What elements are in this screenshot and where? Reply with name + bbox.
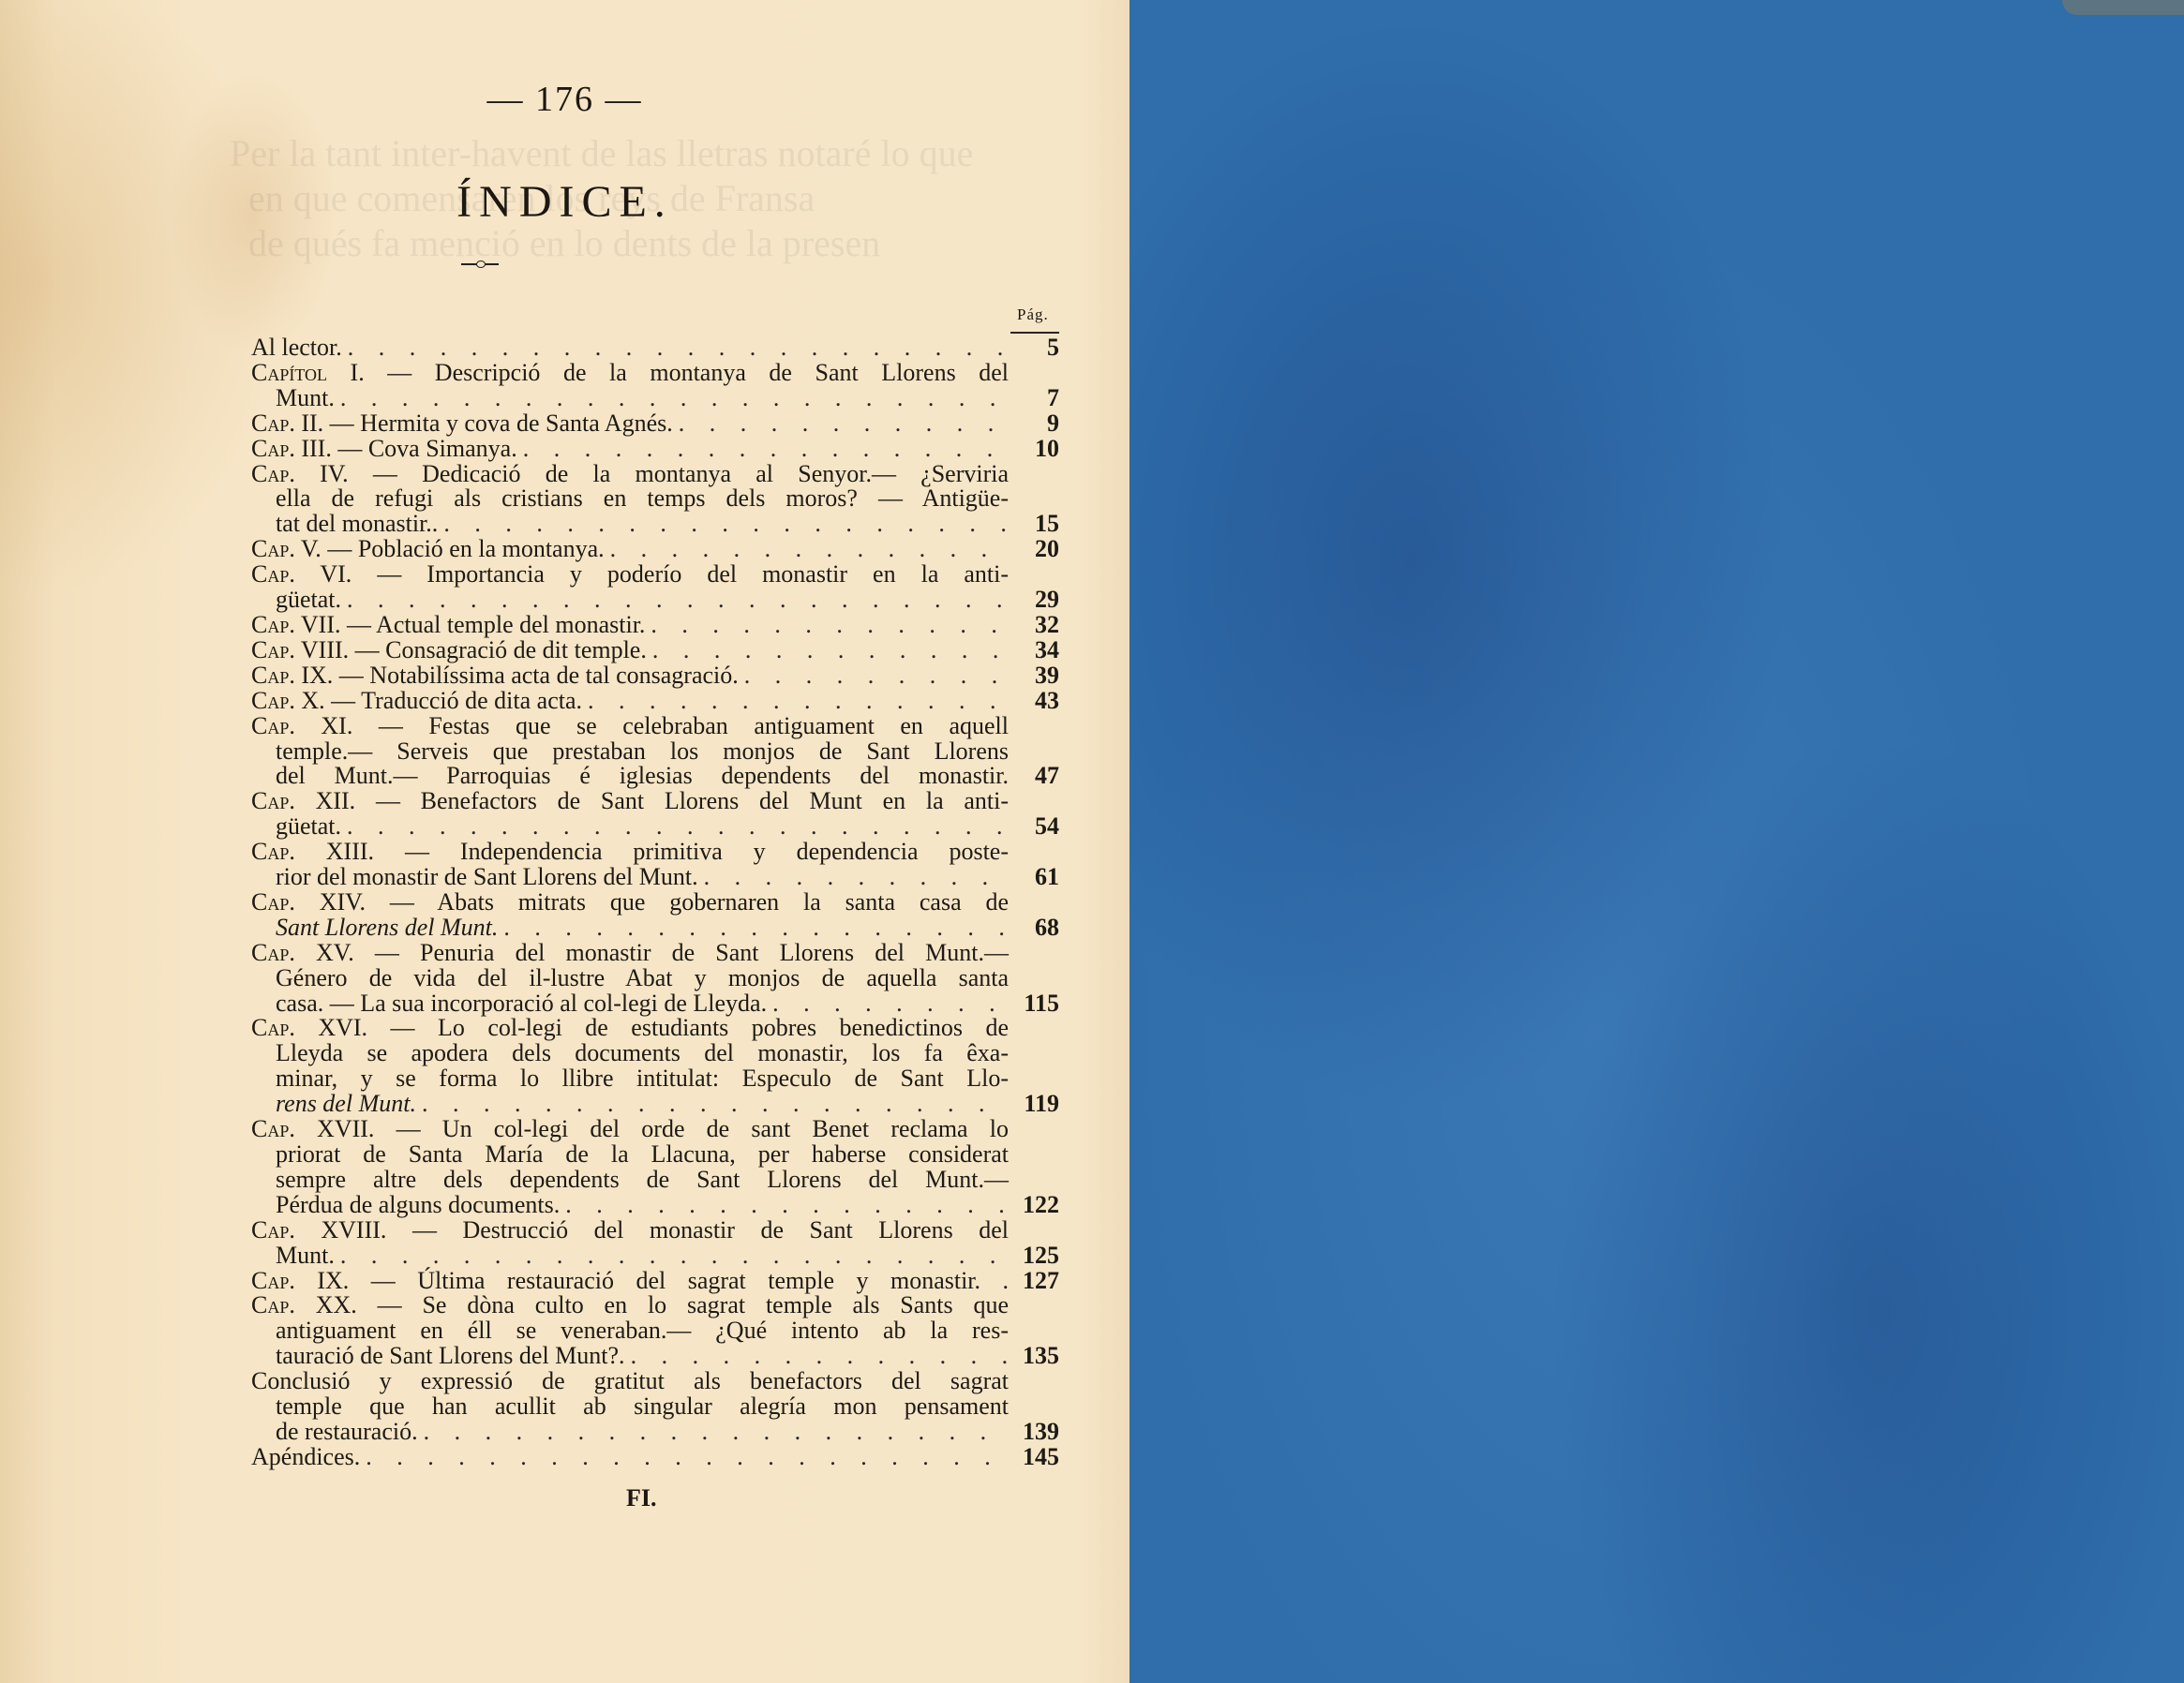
chapter-label: Cap. VI. (251, 560, 352, 588)
toc-entry-chapter-7[interactable]: Cap. VII. — Actual temple del monastir.3… (251, 613, 1059, 638)
book-page-left: Per la tant inter-havent de las lletras … (0, 0, 1131, 1683)
toc-entry-title: — Lo col-legi de estudiants pobres bened… (391, 1014, 1009, 1041)
toc-entry-title-cont: ella de refugi als cristians en temps de… (276, 486, 1059, 512)
toc-entry-chapter-17[interactable]: Cap. XVII. — Un col-legi del orde de san… (251, 1117, 1059, 1218)
toc-page-number: 61 (1009, 865, 1059, 890)
toc-entry-title: — Descripció de la montanya de Sant Llor… (387, 359, 1009, 386)
leader-dots (605, 537, 1009, 562)
toc-page-number: 7 (1009, 386, 1059, 411)
chapter-label: Cap. XVI. (251, 1014, 367, 1041)
leader-dots (647, 638, 1009, 663)
toc-entry-chapter-15[interactable]: Cap. XV. — Penuria del monastir de Sant … (251, 941, 1059, 1017)
chapter-label: Cap. V. (251, 535, 322, 562)
chapter-label: Cap. II. (251, 410, 323, 437)
chapter-label: Cap. XV. (251, 939, 354, 966)
leader-dots (582, 689, 1009, 714)
chapter-label: Capítol I. (251, 359, 365, 386)
chapter-label: Cap. XVII. (251, 1115, 374, 1142)
toc-page-number: 34 (1009, 638, 1059, 663)
toc-entry-chapter-1[interactable]: Capítol I. — Descripció de la montanya d… (251, 361, 1059, 411)
toc-entry-title-cont: del Munt.— Parroquias é iglesias depende… (276, 764, 1009, 789)
toc-entry-title: — Població en la montanya. (327, 535, 604, 562)
toc-entry-title-cont: güetat. (276, 588, 341, 613)
toc-entry-chapter-4[interactable]: Cap. IV. — Dedicació de la montanya al S… (251, 462, 1059, 538)
toc-entry-chapter-19[interactable]: Cap. IX. — Última restauració del sagrat… (251, 1269, 1059, 1294)
toc-entry-conclusio[interactable]: Conclusió y expressió de gratitut als be… (251, 1369, 1059, 1445)
toc-entry-title: — Penuria del monastir de Sant Llorens d… (375, 939, 1009, 966)
toc-page-number: 20 (1009, 537, 1059, 562)
leader-dots (360, 1445, 1009, 1470)
chapter-label: Cap. IX. (251, 662, 333, 689)
toc-entry-title-cont: rior del monastir de Sant Llorens del Mu… (276, 865, 698, 890)
toc-page-number: 54 (1009, 814, 1059, 840)
toc-entry-title: — Se dòna culto en lo sagrat temple als … (378, 1291, 1009, 1318)
toc-entry-chapter-13[interactable]: Cap. XIII. — Independencia primitiva y d… (251, 840, 1059, 890)
toc-page-number: 68 (1009, 916, 1059, 941)
leader-dots (342, 335, 1009, 361)
bleed-through-text: de qués fa menció en lo dents de la pres… (248, 221, 880, 265)
chapter-label: Cap. XIII. (251, 838, 374, 865)
chapter-label: Cap. III. (251, 435, 332, 462)
leader-dots (517, 437, 1009, 462)
toc-entry-title: — Última restauració del sagrat temple y… (371, 1267, 1009, 1294)
toc-page-number: 47 (1009, 764, 1059, 789)
toc-entry-title-cont: de restauració. (276, 1420, 418, 1445)
toc-entry-title-cont: tat del monastir.. (276, 512, 438, 537)
toc-page-number: 10 (1009, 437, 1059, 462)
toc-entry-apendices[interactable]: Apéndices.145 (251, 1445, 1059, 1470)
page-number: — 176 — (0, 79, 1129, 120)
toc-entry-title: — Traducció de dita acta. (331, 687, 582, 714)
toc-entry-title-cont: antiguament en éll se veneraban.— ¿Qué i… (276, 1318, 1059, 1344)
toc-entry-title: Al lector. (251, 335, 342, 361)
toc-entry-title-cont: sempre altre dels dependents de Sant Llo… (276, 1168, 1059, 1193)
toc-entry-title: — Actual temple del monastir. (347, 611, 645, 638)
toc-entry-title-cont: Sant Llorens del Munt. (276, 916, 498, 941)
leader-dots (341, 588, 1009, 613)
toc-entry-title-cont: Lleyda se apodera dels documents del mon… (276, 1041, 1059, 1066)
toc-entry-chapter-9[interactable]: Cap. IX. — Notabilíssima acta de tal con… (251, 663, 1059, 689)
toc-entry-chapter-12[interactable]: Cap. XII. — Benefactors de Sant Llorens … (251, 789, 1059, 840)
toc-page-number: 43 (1009, 689, 1059, 714)
toc-entry-chapter-10[interactable]: Cap. X. — Traducció de dita acta.43 (251, 689, 1059, 714)
toc-entry-chapter-14[interactable]: Cap. XIV. — Abats mitrats que gobernaren… (251, 890, 1059, 941)
page-column-header: Pág. (1017, 305, 1049, 324)
end-mark: FI. (626, 1484, 657, 1512)
toc-entry-al-lector[interactable]: Al lector.5 (251, 335, 1059, 361)
toc-entry-title-cont: casa. — La sua incorporació al col-legi … (276, 991, 767, 1017)
chapter-label: Cap. XII. (251, 787, 355, 814)
toc-entry-title-cont: Género de vida del il-lustre Abat y monj… (276, 966, 1059, 991)
toc-page-number: 127 (1009, 1269, 1059, 1294)
chapter-label: Cap. X. (251, 687, 325, 714)
toc-page-number: 122 (1009, 1193, 1059, 1218)
page-number-text: — 176 — (487, 80, 643, 119)
toc-entry-title: — Independencia primitiva y dependencia … (405, 838, 1009, 865)
toc-page-number: 119 (1009, 1092, 1059, 1117)
toc-entry-title: — Dedicació de la montanya al Senyor.— ¿… (373, 460, 1009, 487)
toc-page-number: 9 (1009, 411, 1059, 437)
toc-entry-chapter-8[interactable]: Cap. VIII. — Consagració de dit temple.3… (251, 638, 1059, 663)
chapter-label: Cap. XIV. (251, 888, 366, 916)
toc-entry-chapter-5[interactable]: Cap. V. — Població en la montanya.20 (251, 537, 1059, 562)
page-title: ÍNDICE. (0, 176, 1129, 228)
toc-entry-title: — Hermita y cova de Santa Agnés. (330, 410, 673, 437)
toc-entry-title: — Un col-legi del orde de sant Benet rec… (396, 1115, 1009, 1142)
leader-dots (335, 1244, 1009, 1269)
toc-entry-chapter-20[interactable]: Cap. XX. — Se dòna culto en lo sagrat te… (251, 1293, 1059, 1369)
toc-entry-title-cont: Munt. (276, 1244, 335, 1269)
toc-page-number: 29 (1009, 588, 1059, 613)
chapter-label: Cap. IV. (251, 460, 349, 487)
toc-entry-title-cont: güetat. (276, 814, 341, 840)
ornament-divider-icon (461, 261, 499, 268)
toc-entry-chapter-18[interactable]: Cap. XVIII. — Destrucció del monastir de… (251, 1218, 1059, 1269)
toc-entry-title: — Benefactors de Sant Llorens del Munt e… (376, 787, 1009, 814)
chapter-label: Cap. XX. (251, 1291, 357, 1318)
leader-dots (645, 613, 1009, 638)
toc-entry-title-cont: Munt. (276, 386, 335, 411)
toc-page-number: 139 (1009, 1420, 1059, 1445)
toc-entry-title: — Abats mitrats que gobernaren la santa … (390, 888, 1009, 916)
chapter-label: Cap. IX. (251, 1267, 349, 1294)
toc-entry-title: — Notabilíssima acta de tal consagració. (339, 662, 739, 689)
toc-entry-chapter-16[interactable]: Cap. XVI. — Lo col-legi de estudiants po… (251, 1016, 1059, 1117)
leader-dots (498, 916, 1009, 941)
toc-page-number: 32 (1009, 613, 1059, 638)
toc-entry-title: — Consagració de dit temple. (355, 636, 647, 663)
toc-entry-title-cont: temple.— Serveis que prestaban los monjo… (276, 739, 1059, 765)
toc-entry-chapter-3[interactable]: Cap. III. — Cova Simanya.10 (251, 437, 1059, 462)
blue-back-cover (1129, 0, 2184, 1683)
leader-dots (673, 411, 1009, 437)
cover-corner-fold (2062, 0, 2184, 15)
toc-entry-title: — Importancia y poderío del monastir en … (377, 560, 1009, 588)
toc-page-number: 115 (1009, 991, 1059, 1017)
toc-entry-title-cont: rens del Munt. (276, 1092, 416, 1117)
toc-entry-title-cont: Pérdua de alguns documents. (276, 1193, 560, 1218)
leader-dots (416, 1092, 1009, 1117)
leader-dots (739, 663, 1009, 689)
chapter-label: Cap. VIII. (251, 636, 349, 663)
table-of-contents: Al lector.5 Capítol I. — Descripció de l… (251, 335, 1059, 1470)
toc-page-number: 5 (1009, 335, 1059, 361)
toc-entry-chapter-6[interactable]: Cap. VI. — Importancia y poderío del mon… (251, 562, 1059, 613)
leader-dots (418, 1420, 1009, 1445)
leader-dots (335, 386, 1009, 411)
toc-entry-chapter-11[interactable]: Cap. XI. — Festas que se celebraban anti… (251, 714, 1059, 790)
leader-dots (341, 814, 1009, 840)
toc-entry-title: — Destrucció del monastir de Sant Lloren… (412, 1216, 1009, 1244)
bleed-through-text: Per la tant inter-havent de las lletras … (230, 131, 973, 175)
toc-entry-title: — Festas que se celebraban antiguament e… (379, 712, 1009, 739)
leader-dots (625, 1344, 1009, 1369)
toc-page-number: 135 (1009, 1344, 1059, 1369)
toc-entry-title-cont: minar, y se forma lo llibre intitulat: E… (276, 1066, 1059, 1092)
leader-dots (438, 512, 1009, 537)
chapter-label: Cap. VII. (251, 611, 340, 638)
toc-entry-chapter-2[interactable]: Cap. II. — Hermita y cova de Santa Agnés… (251, 411, 1059, 437)
toc-page-number: 125 (1009, 1244, 1059, 1269)
leader-dots (560, 1193, 1009, 1218)
toc-entry-title: — Cova Simanya. (337, 435, 516, 462)
toc-page-number: 145 (1009, 1445, 1059, 1470)
toc-entry-title-cont: tauració de Sant Llorens del Munt?. (276, 1344, 625, 1369)
toc-entry-title: Apéndices. (251, 1445, 360, 1470)
toc-entry-title: Conclusió y expressió de gratitut als be… (251, 1369, 1059, 1394)
chapter-label: Cap. XVIII. (251, 1216, 386, 1244)
leader-dots (698, 865, 1009, 890)
toc-entry-title-cont: temple que han acullit ab singular alegr… (276, 1394, 1059, 1420)
toc-page-number: 39 (1009, 663, 1059, 689)
chapter-label: Cap. XI. (251, 712, 352, 739)
toc-entry-title-cont: priorat de Santa María de la Llacuna, pe… (276, 1142, 1059, 1168)
toc-page-number: 15 (1009, 512, 1059, 537)
leader-dots (767, 991, 1009, 1017)
